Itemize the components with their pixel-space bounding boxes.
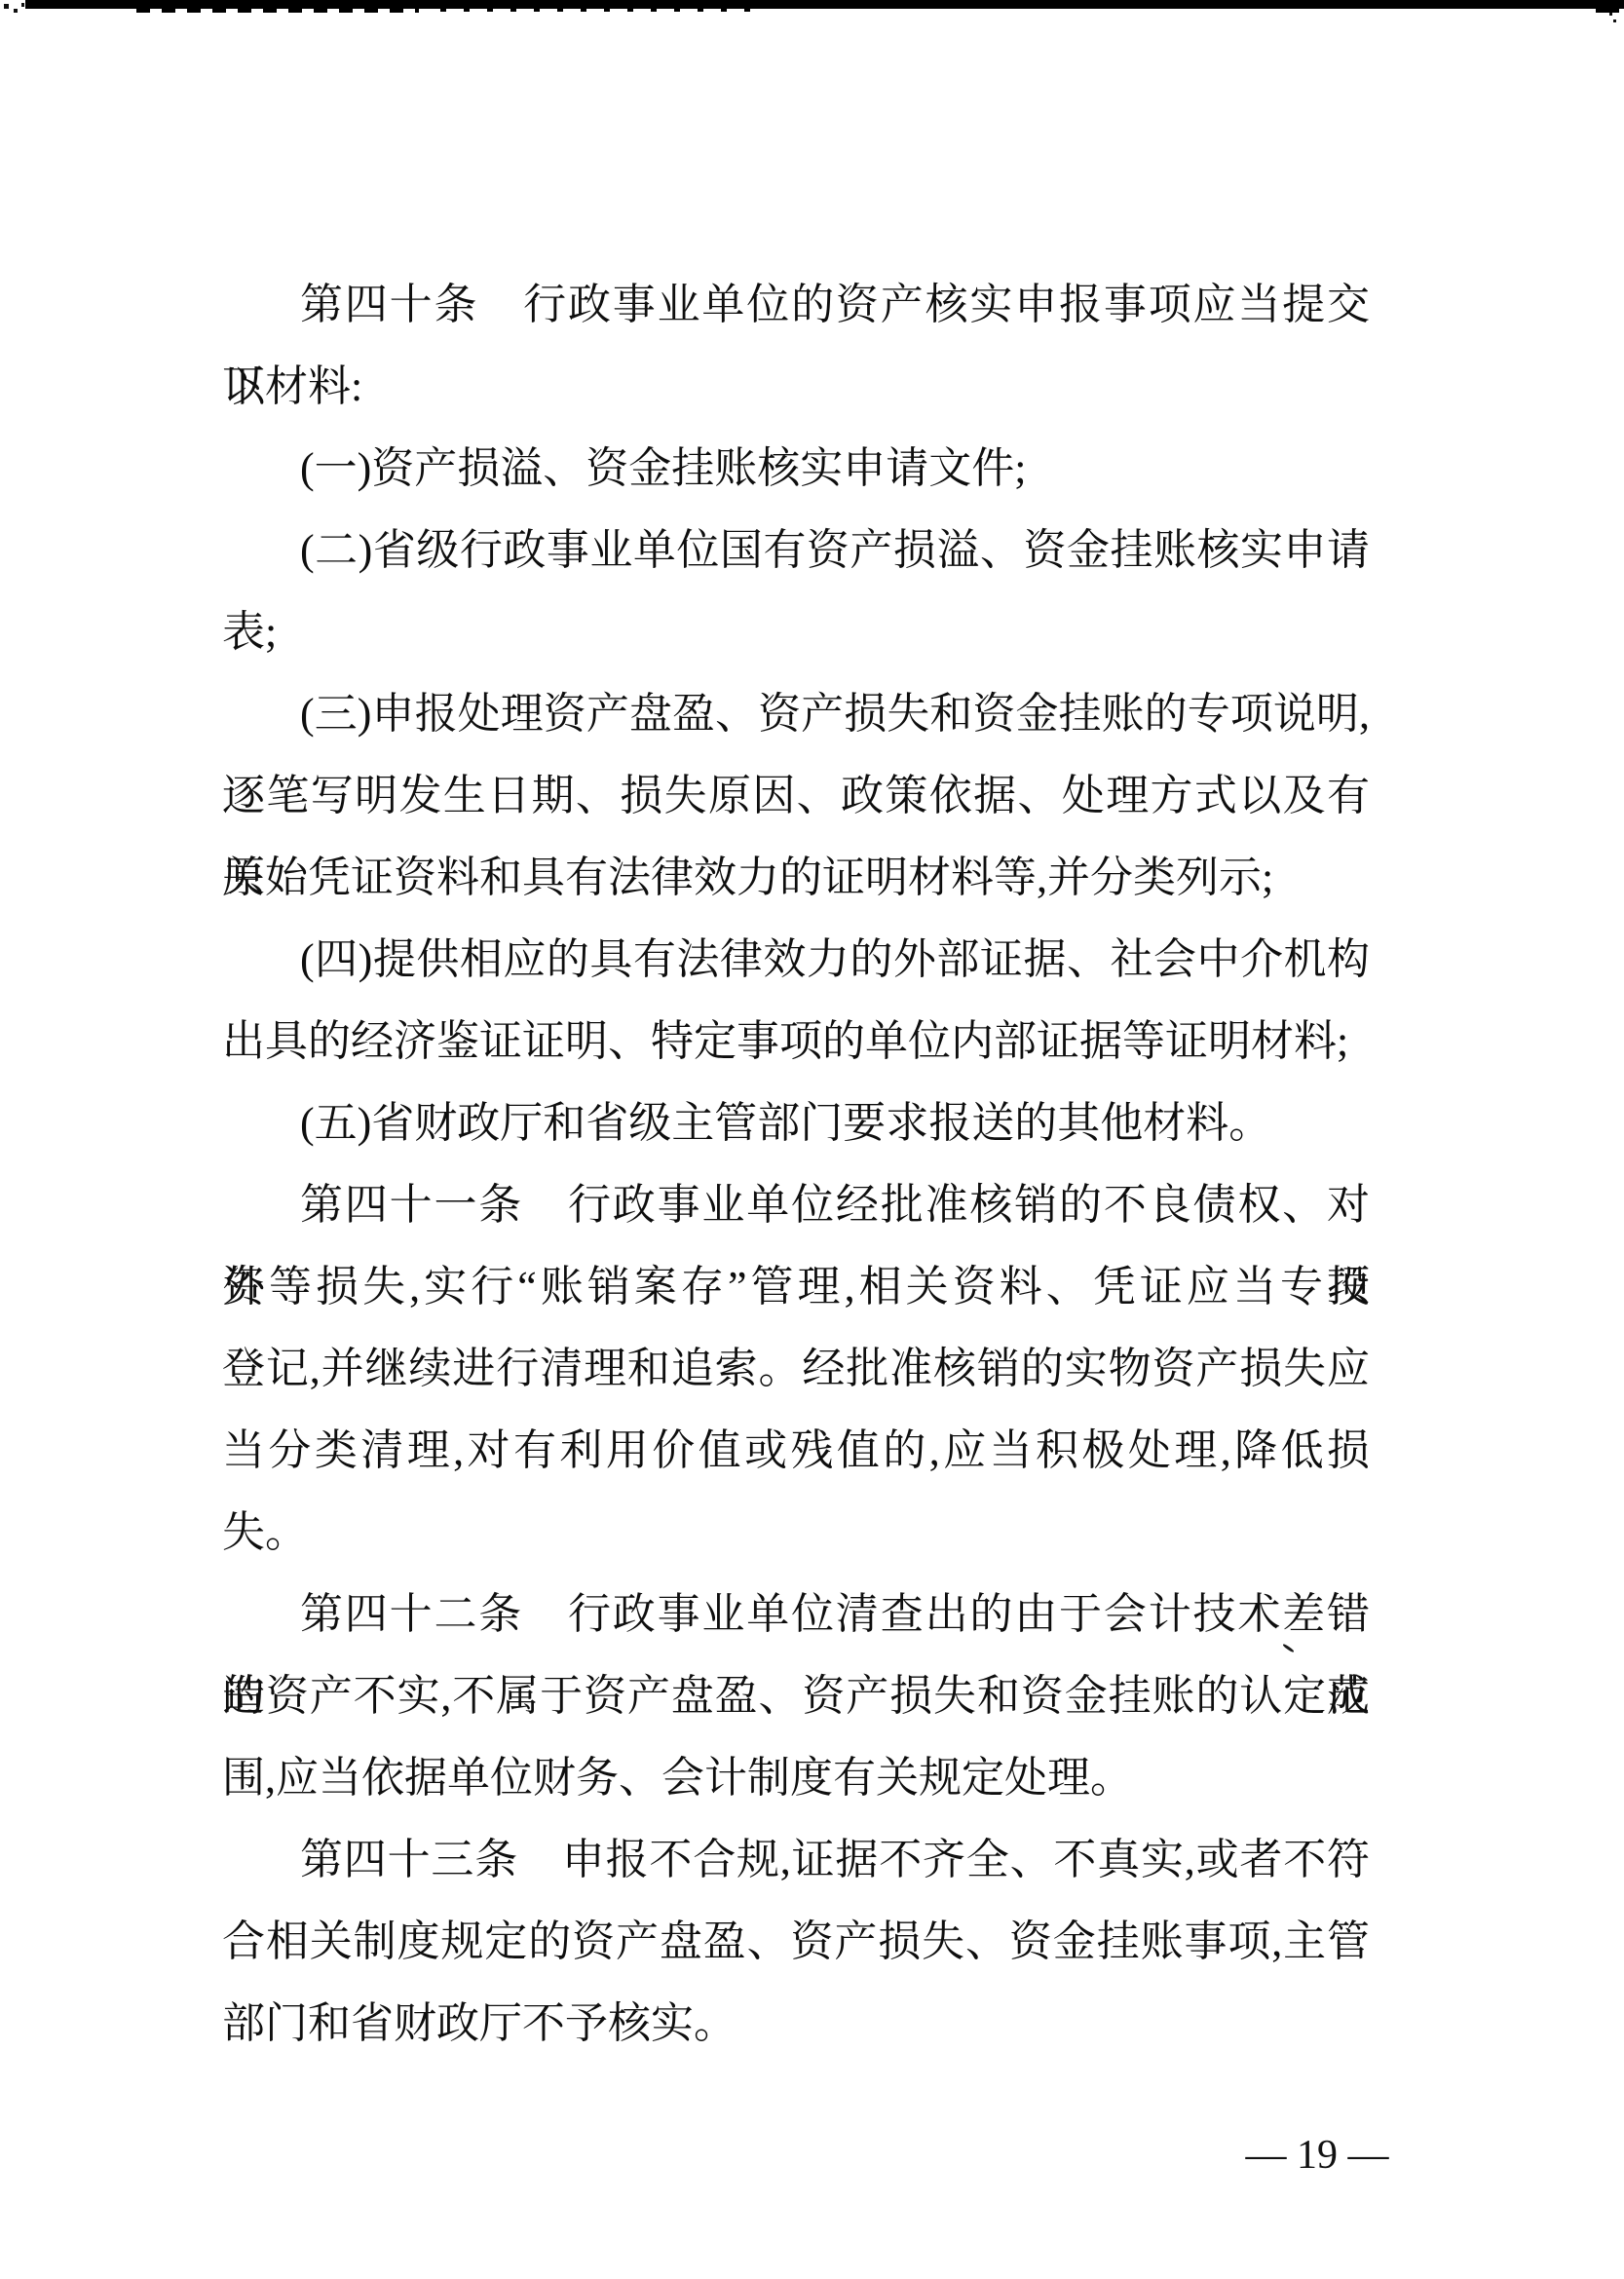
text-line: 第四十一条 行政事业单位经批准核销的不良债权、对外投: [222, 1164, 1370, 1246]
text-line: 原始凭证资料和具有法律效力的证明材料等,并分类列示;: [222, 837, 1370, 919]
scan-artifact-top-band: [25, 0, 1624, 9]
text-line: 第四十二条 行政事业单位清查出的由于会计技术差错造成: [222, 1574, 1370, 1655]
text-line: (一)资产损溢、资金挂账核实申请文件;: [222, 428, 1370, 510]
paragraph-article-42: 第四十二条 行政事业单位清查出的由于会计技术差错造成的资产不实,不属于资产盘盈、…: [222, 1574, 1370, 1819]
paragraph-article-41: 第四十一条 行政事业单位经批准核销的不良债权、对外投资等损失,实行“账销案存”管…: [222, 1164, 1370, 1574]
text-line: 下材料:: [222, 346, 1370, 428]
scan-artifact-band-tail: [1596, 8, 1619, 13]
text-line: 第四十条 行政事业单位的资产核实申报事项应当提交以: [222, 264, 1370, 346]
text-line: 表;: [222, 591, 1370, 673]
text-line: (二)省级行政事业单位国有资产损溢、资金挂账核实申请: [222, 510, 1370, 591]
text-line: 登记,并继续进行清理和追索。经批准核销的实物资产损失应: [222, 1328, 1370, 1410]
text-line: (五)省财政厅和省级主管部门要求报送的其他材料。: [222, 1083, 1370, 1164]
scan-artifact-noise: [440, 9, 752, 12]
text-line: 部门和省财政厅不予核实。: [222, 1983, 1370, 2065]
text-line: 的资产不实,不属于资产盘盈、资产损失和资金挂账的认定范: [222, 1655, 1370, 1737]
scan-speckle: [1613, 19, 1616, 22]
scan-speckle: [14, 9, 18, 13]
page-number: — 19 —: [1229, 2134, 1405, 2177]
text-line: 围,应当依据单位财务、会计制度有关规定处理。: [222, 1737, 1370, 1819]
paragraph-item-3: (三)申报处理资产盘盈、资产损失和资金挂账的专项说明,逐笔写明发生日期、损失原因…: [222, 673, 1370, 919]
scan-speckle: [1609, 13, 1612, 16]
scan-speckle: [4, 4, 9, 9]
text-line: 逐笔写明发生日期、损失原因、政策依据、处理方式以及有关: [222, 755, 1370, 837]
text-line: 合相关制度规定的资产盘盈、资产损失、资金挂账事项,主管: [222, 1901, 1370, 1983]
scan-speckle: [21, 3, 24, 7]
paragraph-item-4: (四)提供相应的具有法律效力的外部证据、社会中介机构出具的经济鉴证证明、特定事项…: [222, 919, 1370, 1083]
paragraph-item-2: (二)省级行政事业单位国有资产损溢、资金挂账核实申请表;: [222, 510, 1370, 673]
text-line: 失。: [222, 1492, 1370, 1574]
document-body: 第四十条 行政事业单位的资产核实申报事项应当提交以下材料:(一)资产损溢、资金挂…: [222, 264, 1370, 2065]
text-line: (四)提供相应的具有法律效力的外部证据、社会中介机构: [222, 919, 1370, 1001]
paragraph-article-43: 第四十三条 申报不合规,证据不齐全、不真实,或者不符合相关制度规定的资产盘盈、资…: [222, 1819, 1370, 2065]
paragraph-item-5: (五)省财政厅和省级主管部门要求报送的其他材料。: [222, 1083, 1370, 1164]
document-page: 第四十条 行政事业单位的资产核实申报事项应当提交以下材料:(一)资产损溢、资金挂…: [0, 0, 1624, 2279]
paragraph-item-1: (一)资产损溢、资金挂账核实申请文件;: [222, 428, 1370, 510]
text-line: 出具的经济鉴证证明、特定事项的单位内部证据等证明材料;: [222, 1001, 1370, 1083]
text-line: 资等损失,实行“账销案存”管理,相关资料、凭证应当专项: [222, 1246, 1370, 1328]
scan-artifact-noise: [136, 9, 419, 13]
text-line: (三)申报处理资产盘盈、资产损失和资金挂账的专项说明,: [222, 673, 1370, 755]
paragraph-article-40: 第四十条 行政事业单位的资产核实申报事项应当提交以下材料:: [222, 264, 1370, 428]
text-line: 第四十三条 申报不合规,证据不齐全、不真实,或者不符: [222, 1819, 1370, 1901]
text-line: 当分类清理,对有利用价值或残值的,应当积极处理,降低损: [222, 1410, 1370, 1492]
